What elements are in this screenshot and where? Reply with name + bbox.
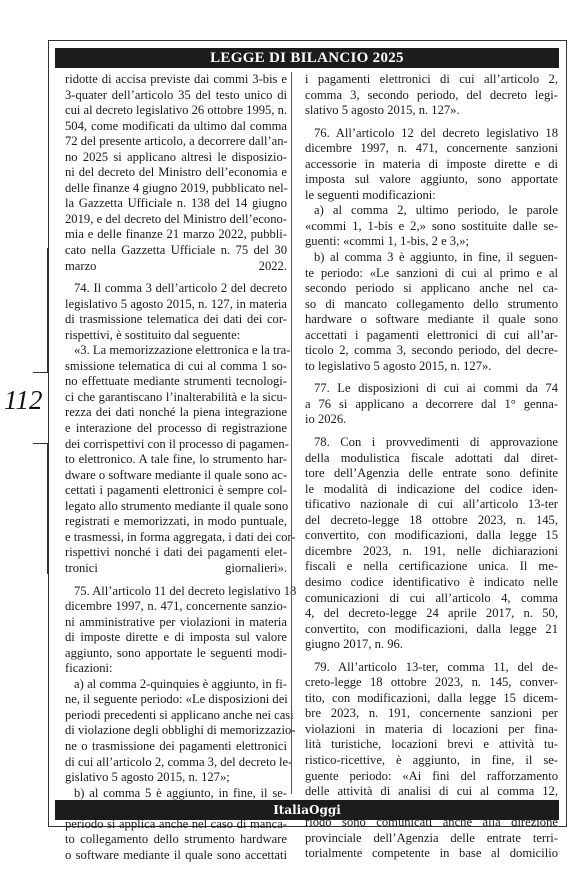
text-line: convertito, con modificazioni, dalla leg… [296, 622, 558, 638]
text-line: gislativo 5 agosto 2015, n. 127»; [56, 770, 287, 786]
text-line: rispettivi, è sostituito dal seguente: [56, 328, 287, 344]
paragraph: 78. Con i provvedimenti di approvazioned… [296, 435, 558, 653]
text-line: fiscali e nella certificazione unica. Il… [296, 559, 558, 575]
margin-bracket-top [33, 248, 48, 373]
text-line: te periodo: «Le sanzioni di cui al primo… [296, 266, 558, 282]
text-line: io 2026. [296, 412, 558, 428]
text-line: 3-quater dell’articolo 35 del testo unic… [56, 88, 287, 104]
text-line: ristico-ricettive, è aggiunto, in fine, … [296, 753, 558, 769]
publication-logo: ItaliaOggi [273, 803, 341, 817]
text-line: rezza dei dati nonché la piena integrazi… [56, 405, 287, 421]
text-line: e interazione del processo di registrazi… [56, 421, 287, 437]
text-line: la Gazzetta Ufficiale n. 138 del 14 giug… [56, 196, 287, 212]
text-line: b) al comma 3 è aggiunto, in fine, il se… [296, 250, 558, 266]
text-line: convertito, con modificazioni, dalla leg… [296, 528, 558, 544]
text-line: le seguenti modificazioni: [296, 188, 558, 204]
text-line: «3. La memorizzazione elettronica e la t… [56, 343, 287, 359]
text-line: tificativo nazionale di cui all’articolo… [296, 497, 558, 513]
text-line: periodi precedenti si applicano anche ne… [56, 708, 287, 724]
text-line: imposta sul valore aggiunto, sono apport… [296, 172, 558, 188]
text-line: 74. Il comma 3 dell’articolo 2 del decre… [56, 281, 287, 297]
text-line: a 76 si applicano a decorrere dal 1° gen… [296, 397, 558, 413]
text-line: mia e delle finanze 21 marzo 2022, pubbl… [56, 227, 287, 243]
text-line: dware o software mediante il quale sono … [56, 468, 287, 484]
text-line: tronici giornalieri». [56, 561, 287, 577]
text-line: tore dell’Agenzia delle entrate sono def… [296, 466, 558, 482]
text-line: guenti: «commi 1, 1-bis, 2 e 3,»; [296, 234, 558, 250]
text-line: 72 del presente articolo, a decorrere da… [56, 134, 287, 150]
left-column: ridotte di accisa previste dai commi 3-b… [56, 72, 287, 863]
paragraph: ridotte di accisa previste dai commi 3-b… [56, 72, 287, 274]
paragraph: a) al comma 2-quinquies è aggiunto, in f… [56, 677, 287, 786]
text-line: di trasmissione telematica dei dati dei … [56, 312, 287, 328]
text-line: guente periodo: «Ai fini del rafforzamen… [296, 769, 558, 785]
text-line: accessorie in materia di imposte dirette… [296, 157, 558, 173]
text-line: legislativo 5 agosto 2015, n. 127, in ma… [56, 297, 287, 313]
text-line: cui al decreto legislativo 26 ottobre 19… [56, 103, 287, 119]
text-line: ni amministrative per violazioni in mate… [56, 615, 287, 631]
text-line: tito, con modificazioni, dalla legge 15 … [296, 691, 558, 707]
text-line: b) al comma 5 è aggiunto, in fine, il se… [56, 786, 287, 802]
text-line: 79. All’articolo 13-ter, comma 11, del d… [296, 660, 558, 676]
text-line: cettati i pagamenti elettronici è sempre… [56, 483, 287, 499]
text-line: legato allo strumento mediante il quale … [56, 499, 287, 515]
section-header: LEGGE DI BILANCIO 2025 [55, 48, 559, 68]
text-line: del decreto-legge 18 ottobre 2023, n. 14… [296, 513, 558, 529]
text-line: 75. All’articolo 11 del decreto legislat… [56, 584, 287, 600]
text-line: accettati i pagamenti elettronici di cui… [296, 328, 558, 344]
paragraph: b) al comma 3 è aggiunto, in fine, il se… [296, 250, 558, 374]
text-line: provinciale dell’Agenzia delle entrate t… [296, 831, 558, 847]
text-line: desimo codice identificativo è indicato … [296, 575, 558, 591]
text-line: lità turistiche, locazioni brevi e attiv… [296, 737, 558, 753]
paragraph: 75. All’articolo 11 del decreto legislat… [56, 584, 287, 677]
text-line: hardware o software mediante il quale so… [296, 312, 558, 328]
text-line: ne, il seguente periodo: «Le disposizion… [56, 692, 287, 708]
text-line: di cui all’articolo 2, comma 3, del decr… [56, 755, 287, 771]
text-line: aggiunto, sono apportate le seguenti mod… [56, 646, 287, 662]
text-line: ne o trasmissione dei pagamenti elettron… [56, 739, 287, 755]
text-line: giugno 2017, n. 96. [296, 637, 558, 653]
text-line: a) al comma 2-quinquies è aggiunto, in f… [56, 677, 287, 693]
text-line: ticolo 2, comma 3, secondo periodo, del … [296, 343, 558, 359]
text-line: delle attività di analisi di cui al comm… [296, 784, 558, 800]
text-line: ficazioni: [56, 661, 287, 677]
text-line: no 2025 si applicano altresì le disposiz… [56, 150, 287, 166]
margin-bracket-bottom [33, 443, 48, 574]
text-line: so di mancato collegamento dello strumen… [296, 297, 558, 313]
paragraph: 79. All’articolo 13-ter, comma 11, del d… [296, 660, 558, 862]
paragraph: a) al comma 2, ultimo periodo, le parole… [296, 203, 558, 250]
text-line: marzo 2022. [56, 259, 287, 275]
text-line: to collegamento dello strumento hardware [56, 832, 287, 848]
text-line: bre 2023, n. 191, concernente sanzioni p… [296, 706, 558, 722]
text-line: dei corrispettivi con il processo di pag… [56, 437, 287, 453]
right-column: i pagamenti elettronici di cui all’artic… [296, 72, 558, 862]
text-line: o software mediante il quale sono accett… [56, 848, 287, 864]
text-line: ridotte di accisa previste dai commi 3-b… [56, 72, 287, 88]
text-line: della modulistica fiscale adottati dal d… [296, 451, 558, 467]
paragraph: 76. All’articolo 12 del decreto legislat… [296, 126, 558, 204]
text-line: dicembre 1997, n. 471, concernente sanzi… [56, 599, 287, 615]
text-line: 78. Con i provvedimenti di approvazione [296, 435, 558, 451]
text-line: no effettuate mediante strumenti tecnolo… [56, 374, 287, 390]
text-line: ci che garantiscano l’inalterabilità e l… [56, 390, 287, 406]
text-line: 77. Le disposizioni di cui ai commi da 7… [296, 381, 558, 397]
text-line: 4, del decreto-legge 24 aprile 2017, n. … [296, 606, 558, 622]
text-line: registrati e memorizzati, in modo puntua… [56, 514, 287, 530]
paragraph: i pagamenti elettronici di cui all’artic… [296, 72, 558, 119]
text-line: delle finanze 4 giugno 2019, pubblicato … [56, 181, 287, 197]
paragraph: b) al comma 5 è aggiunto, in fine, il se… [56, 786, 287, 864]
text-line: di violazione degli obblighi di memorizz… [56, 723, 287, 739]
text-line: 504, come modificati da ultimo dal comma [56, 119, 287, 135]
page-number: 112 [4, 385, 43, 416]
text-line: le modalità di indicazione del codice id… [296, 482, 558, 498]
text-line: dicembre 2023, n. 191, nelle dichiarazio… [296, 544, 558, 560]
text-line: smissione telematica di cui al comma 1 s… [56, 359, 287, 375]
text-line: comunicazioni di cui all’articolo 4, com… [296, 591, 558, 607]
text-line: creto-legge 18 ottobre 2023, n. 145, con… [296, 675, 558, 691]
text-line: a) al comma 2, ultimo periodo, le parole [296, 203, 558, 219]
section-title: LEGGE DI BILANCIO 2025 [210, 50, 404, 66]
text-line: cato nella Gazzetta Ufficiale n. 75 del … [56, 243, 287, 259]
text-line: torialmente competente in base al domici… [296, 846, 558, 862]
paragraph: «3. La memorizzazione elettronica e la t… [56, 343, 287, 576]
footer-bar: ItaliaOggi [55, 800, 559, 820]
text-line: i pagamenti elettronici di cui all’artic… [296, 72, 558, 88]
text-line: violazioni in materia di locazioni per f… [296, 722, 558, 738]
text-line: dicembre 1997, n. 471, concernente sanzi… [296, 141, 558, 157]
text-line: 2019, e del decreto del Ministro dell’ec… [56, 212, 287, 228]
text-line: ni del decreto del Ministro dell’economi… [56, 165, 287, 181]
paragraph: 77. Le disposizioni di cui ai commi da 7… [296, 381, 558, 428]
text-line: to elettronico. A tale fine, lo strument… [56, 452, 287, 468]
text-line: slativo 5 agosto 2015, n. 127». [296, 103, 558, 119]
column-divider [291, 72, 292, 794]
text-line: comma 3, secondo periodo, del decreto le… [296, 88, 558, 104]
text-line: to legislativo 5 agosto 2015, n. 127». [296, 359, 558, 375]
paragraph: 74. Il comma 3 dell’articolo 2 del decre… [56, 281, 287, 343]
text-line: 76. All’articolo 12 del decreto legislat… [296, 126, 558, 142]
text-line: rispettivi nonché i dati dei pagamenti e… [56, 545, 287, 561]
text-line: «commi 1, 1-bis e 2,» sono sostituite da… [296, 219, 558, 235]
text-line: e trasmessi, in forma aggregata, i dati … [56, 530, 287, 546]
text-line: di imposte dirette e di imposta sul valo… [56, 630, 287, 646]
text-line: secondo periodo si applicano anche nel c… [296, 281, 558, 297]
